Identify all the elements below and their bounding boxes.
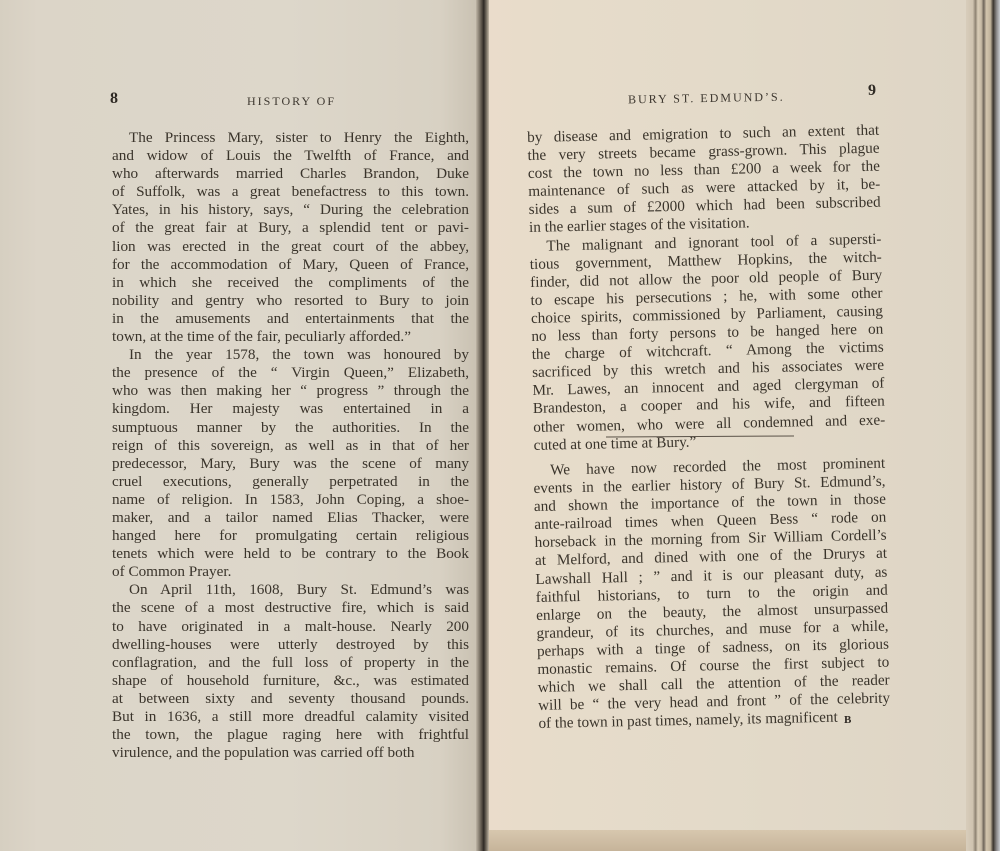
right-page-text-top: by disease and emigration to such an ext…	[527, 122, 886, 455]
text-line: cruel executions, generally perpetrated …	[112, 473, 469, 491]
text-line: dwelling-houses were utterly destroyed b…	[112, 636, 469, 654]
text-line: who was then making her “ progress ” thr…	[112, 382, 469, 400]
text-line: at between sixty and seventy thousand po…	[112, 690, 469, 708]
text-line: the scene of a most destructive fire, wh…	[112, 599, 469, 617]
text-line: who afterwards married Charles Brandon, …	[112, 165, 469, 183]
open-book-spread: 8 HISTORY OF The Princess Mary, sister t…	[0, 0, 1000, 851]
text-line: in which she received the compliments of…	[112, 274, 469, 292]
paragraph: The malignant and ignorant tool of a sup…	[529, 230, 885, 454]
right-page-text-bottom: We have now recorded the most prominente…	[533, 455, 891, 734]
text-line: hanged here for promulgating certain rel…	[112, 527, 469, 545]
text-line: the presence of the “ Virgin Queen,” Eli…	[112, 364, 469, 382]
left-running-head: HISTORY OF	[247, 94, 336, 109]
book-gutter	[476, 0, 490, 851]
text-line: town, at the time of the fair, peculiarl…	[112, 328, 469, 346]
text-line: conflagration, and the full loss of prop…	[112, 654, 469, 672]
right-page-number: 9	[868, 82, 876, 100]
paragraph: The Princess Mary, sister to Henry the E…	[112, 129, 469, 346]
text-line: Yates, in his history, says, “ During th…	[112, 201, 469, 219]
text-line: the town, the plague raging here with fr…	[112, 726, 469, 744]
paragraph: We have now recorded the most prominente…	[533, 455, 891, 734]
right-running-head: BURY ST. EDMUND’S.	[628, 90, 785, 108]
text-line: In the year 1578, the town was honoured …	[112, 346, 469, 364]
text-line: kingdom. Her majesty was entertained in …	[112, 400, 469, 418]
text-line: for the accommodation of Mary, Queen of …	[112, 256, 469, 274]
text-line: in the amusements and entertainments tha…	[112, 310, 469, 328]
paragraph: In the year 1578, the town was honoured …	[112, 346, 469, 581]
text-line: and widow of Louis the Twelfth of France…	[112, 147, 469, 165]
signature-mark: B	[844, 714, 851, 726]
paragraph: On April 11th, 1608, Bury St. Edmund’s w…	[112, 581, 469, 762]
text-line: lion was erected in the great court of t…	[112, 238, 469, 256]
paragraph: by disease and emigration to such an ext…	[527, 122, 881, 238]
text-line: shape of household furniture, &c., was e…	[112, 672, 469, 690]
text-line: sumptuous manner by the authorities. In …	[112, 419, 469, 437]
right-page-bottom-edge	[489, 830, 967, 851]
text-line: On April 11th, 1608, Bury St. Edmund’s w…	[112, 581, 469, 599]
text-line: nobility and gentry who resorted to Bury…	[112, 292, 469, 310]
text-line: The Princess Mary, sister to Henry the E…	[112, 129, 469, 147]
text-line: predecessor, Mary, Bury was the scene of…	[112, 455, 469, 473]
page-edges	[966, 0, 1000, 851]
text-line: tenets which were held to be contrary to…	[112, 545, 469, 563]
text-line: maker, and a tailor named Elias Thacker,…	[112, 509, 469, 527]
text-line: But in 1636, a still more dreadful calam…	[112, 708, 469, 726]
left-page-number: 8	[110, 90, 118, 108]
text-line: virulence, and the population was carrie…	[112, 744, 469, 762]
text-line: to have originated in a malt-house. Near…	[112, 618, 469, 636]
text-line: name of religion. In 1583, John Coping, …	[112, 491, 469, 509]
text-line: of Common Prayer.	[112, 563, 469, 581]
text-line: of the great fair at Bury, a splendid te…	[112, 219, 469, 237]
text-line: of Suffolk, was a great benefactress to …	[112, 183, 469, 201]
text-line: reign of this sovereign, as well as in t…	[112, 437, 469, 455]
left-page-text: The Princess Mary, sister to Henry the E…	[112, 129, 469, 762]
